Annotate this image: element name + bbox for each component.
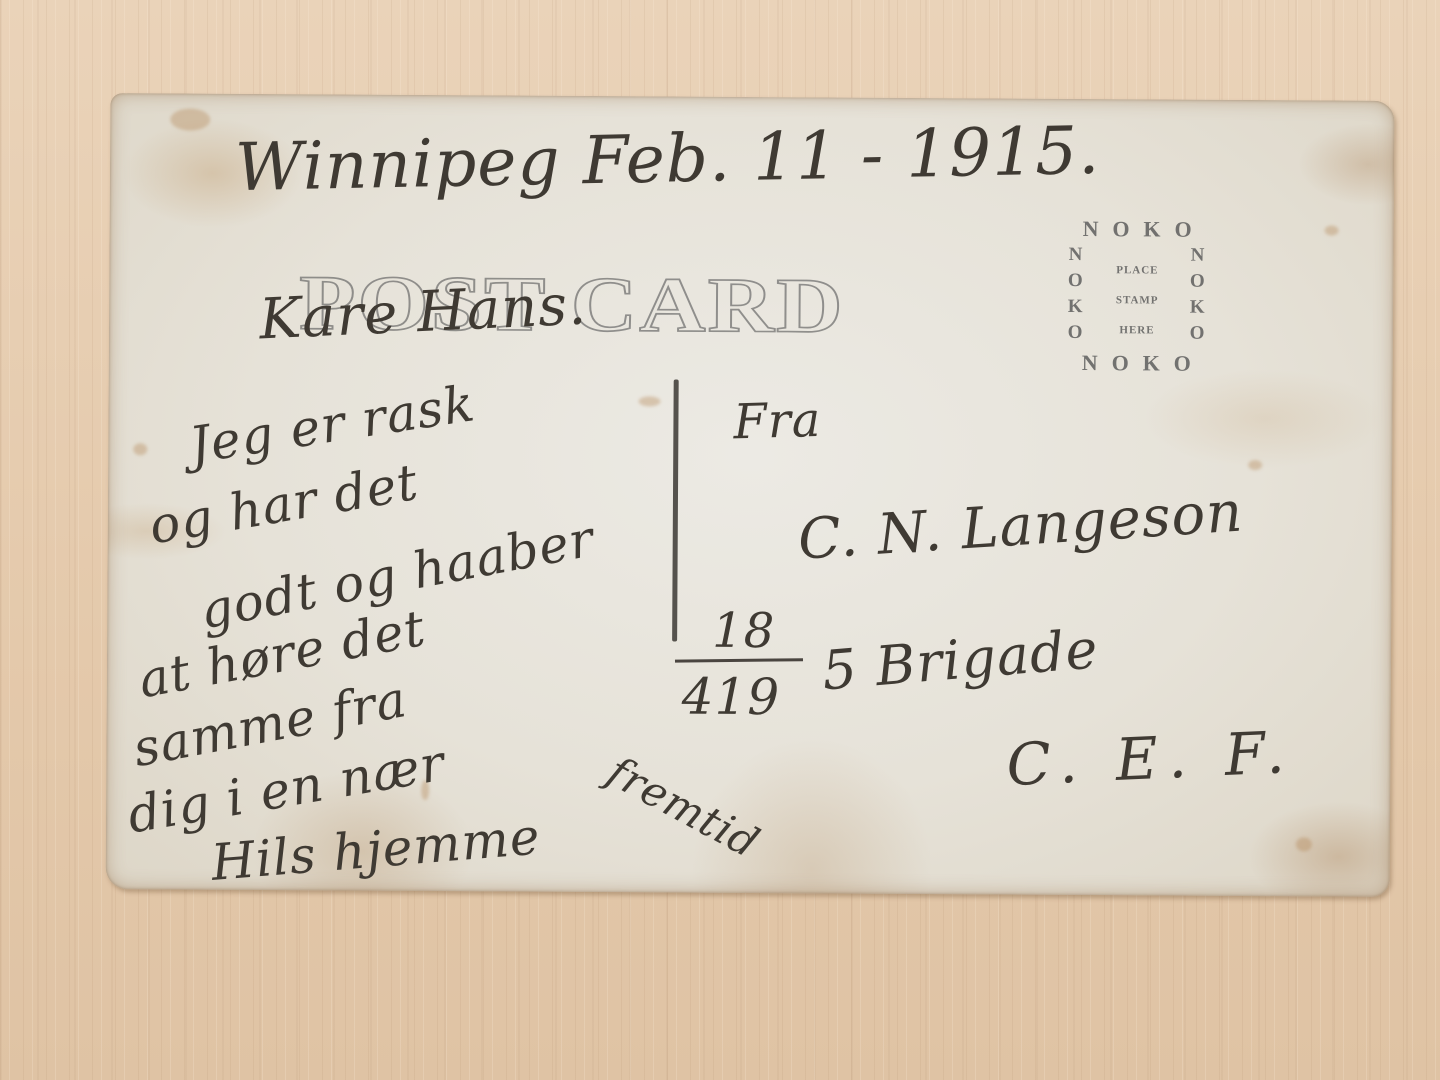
sender-name: C. N. Langeson xyxy=(796,485,1244,569)
stamp-inner-stamp: STAMP xyxy=(1102,294,1172,306)
stamp-left-col: N O K O xyxy=(1064,242,1087,346)
age-stain xyxy=(1248,460,1262,470)
dateline: Winnipeg Feb. 11 - 1915. xyxy=(234,118,1100,201)
stamp-top-row: N O K O xyxy=(1083,216,1193,243)
fraction-bar xyxy=(675,658,803,662)
sender-brigade: 5 Brigade xyxy=(820,622,1100,698)
age-stain xyxy=(1325,226,1339,236)
age-stain xyxy=(639,396,661,406)
message-line-fremtid: fremtid xyxy=(601,750,766,865)
regiment-numerator: 18 xyxy=(712,607,775,655)
regiment-denominator: 419 xyxy=(682,672,781,723)
stamp-box: N O K O N O K O N O K O PLACE STAMP HERE… xyxy=(1064,214,1205,380)
stamp-right-col: N O K O xyxy=(1186,243,1209,347)
age-stain xyxy=(133,443,147,455)
center-divider xyxy=(672,380,679,642)
message-line: Jeg er rask xyxy=(186,378,478,471)
stamp-inner-here: HERE xyxy=(1102,324,1172,336)
stamp-inner-place: PLACE xyxy=(1102,264,1172,276)
age-stain xyxy=(1296,837,1312,851)
message-line: og har det xyxy=(146,457,422,552)
stamp-bottom-row: N O K O xyxy=(1082,350,1192,377)
greeting: Kare Hans. xyxy=(258,277,588,348)
sender-force: C. E. F. xyxy=(1005,723,1295,794)
postcard: POST CARD N O K O N O K O N O K O PLACE … xyxy=(106,93,1395,897)
age-stain xyxy=(170,108,210,130)
sender-label: Fra xyxy=(733,396,822,447)
